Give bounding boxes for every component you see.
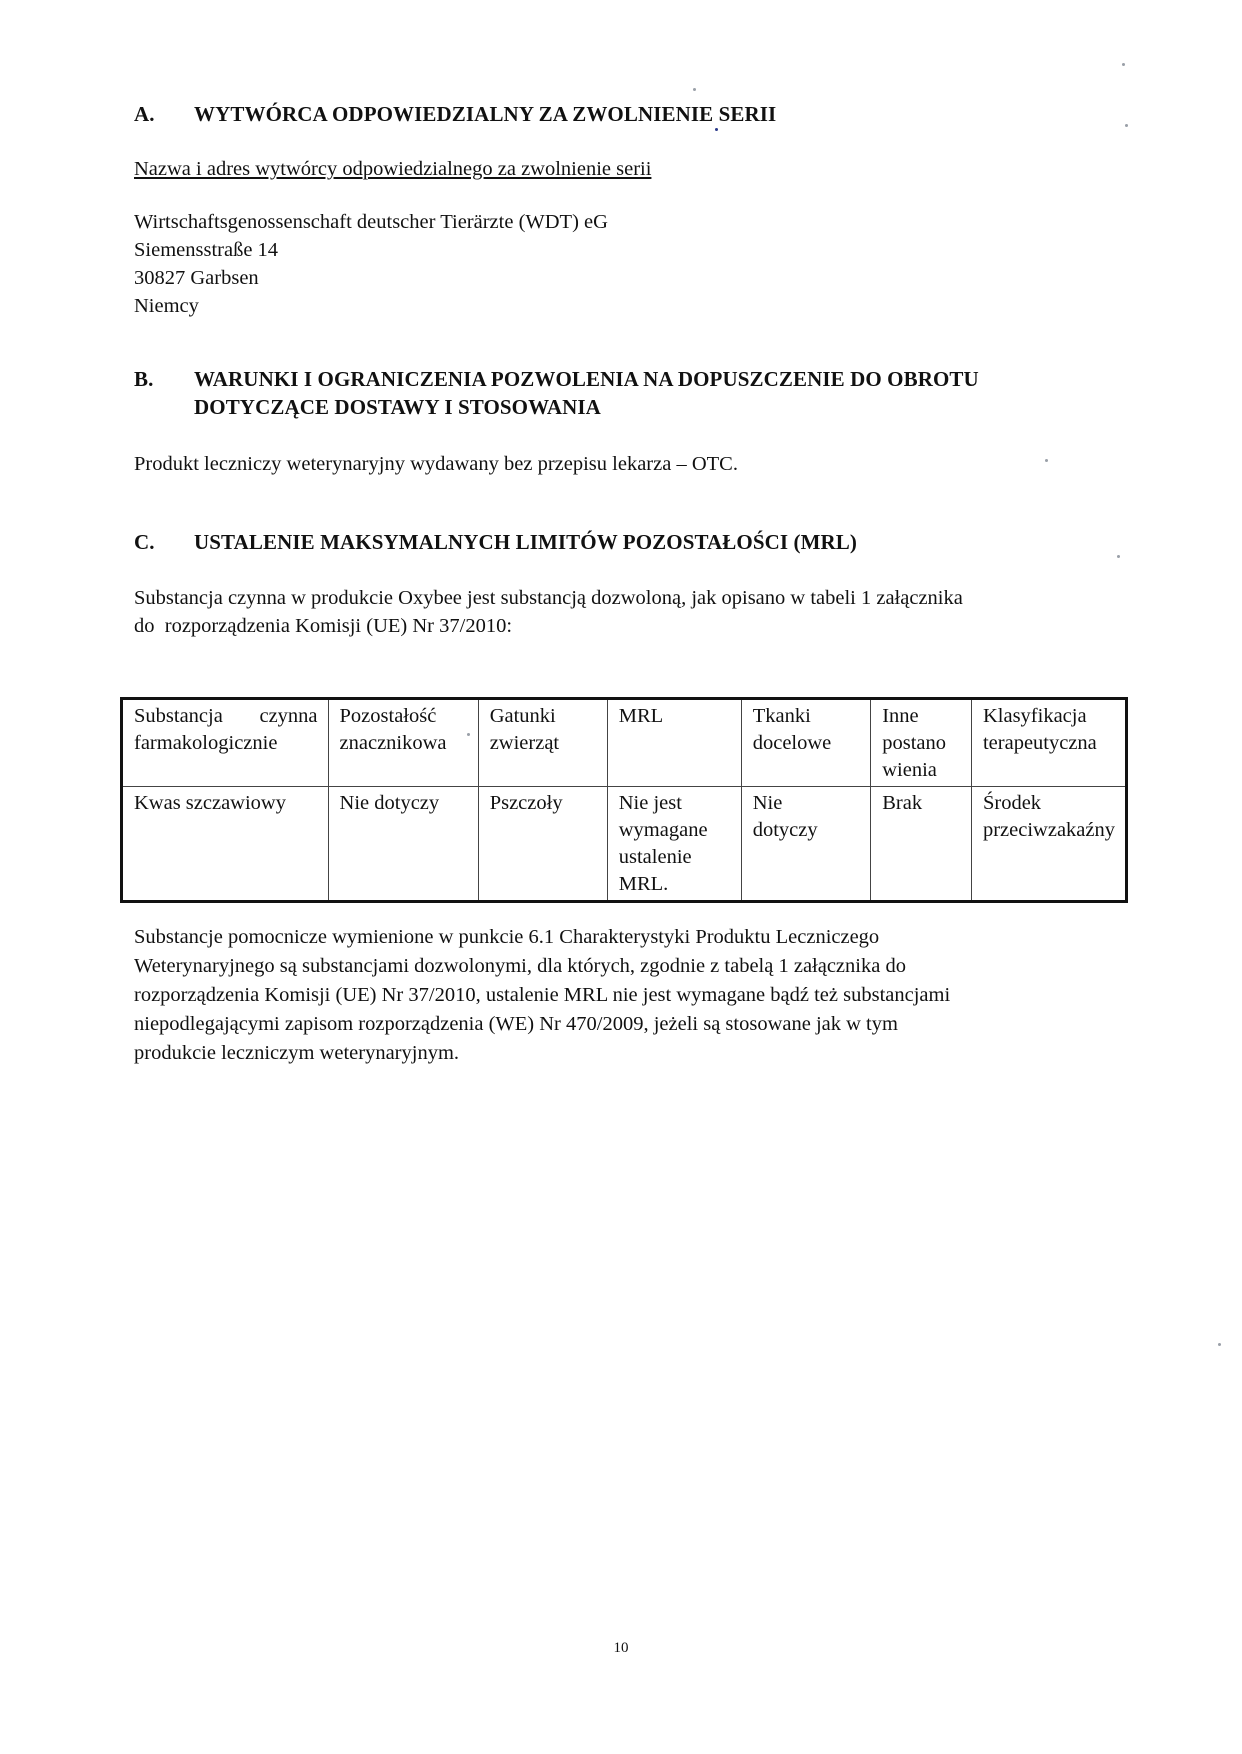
scan-speck [1125,124,1128,127]
address-line: 30827 Garbsen [134,264,608,292]
section-b-heading: B. WARUNKI I OGRANICZENIA POZWOLENIA NA … [134,365,979,421]
scan-speck [467,733,470,736]
cell-line: Substancja czynna [134,703,318,730]
note-line: rozporządzenia Komisji (UE) Nr 37/2010, … [134,981,1134,1010]
cell-marker-residue: Nie dotyczy [328,787,478,902]
cell-line: terapeutyczna [983,730,1115,757]
scan-speck [1218,1343,1221,1346]
note-line: produkcie leczniczym weterynaryjnym. [134,1039,1134,1068]
header-cell-mrl: MRL [607,699,741,787]
cell-line: Klasyfikacja [983,703,1115,730]
header-cell-substance: Substancja czynna farmakologicznie [122,699,329,787]
cell-line: postano [882,730,961,757]
cell-line: Kwas szczawiowy [134,790,318,817]
cell-line: Środek [983,790,1115,817]
page-number: 10 [0,1640,1242,1657]
header-cell-species: Gatunki zwierząt [478,699,607,787]
cell-line: dotyczy [753,817,861,844]
header-cell-other-provisions: Inne postano wienia [871,699,972,787]
cell-line: Pszczoły [490,790,597,817]
address-line: Wirtschaftsgenossenschaft deutscher Tier… [134,208,608,236]
note-line: Weterynaryjnego są substancjami dozwolon… [134,952,1134,981]
cell-line: farmakologicznie [134,730,318,757]
cell-line: Brak [882,790,961,817]
section-a-title: WYTWÓRCA ODPOWIEDZIALNY ZA ZWOLNIENIE SE… [194,100,776,128]
section-b-title: WARUNKI I OGRANICZENIA POZWOLENIA NA DOP… [194,365,979,421]
scan-speck [1117,555,1120,558]
cell-substance: Kwas szczawiowy [122,787,329,902]
manufacturer-address: Wirtschaftsgenossenschaft deutscher Tier… [134,208,608,320]
section-b-number: B. [134,365,194,393]
cell-line: ustalenie [619,844,731,871]
scan-speck [715,128,718,131]
cell-line: przeciwzakaźny [983,817,1115,844]
table-row: Kwas szczawiowy Nie dotyczy Pszczoły Nie… [122,787,1127,902]
intro-line: do rozporządzenia Komisji (UE) Nr 37/201… [134,612,1114,640]
section-c-number: C. [134,528,194,556]
header-cell-target-tissues: Tkanki docelowe [741,699,871,787]
header-cell-marker-residue: Pozostałość znacznikowa [328,699,478,787]
mrl-table: Substancja czynna farmakologicznie Pozos… [120,697,1128,903]
address-line: Siemensstraße 14 [134,236,608,264]
cell-line: docelowe [753,730,861,757]
cell-line: Nie jest [619,790,731,817]
excipients-note: Substancje pomocnicze wymienione w punkc… [134,923,1134,1068]
scan-speck [1122,63,1125,66]
cell-line: MRL [619,703,731,730]
section-a-subtitle: Nazwa i adres wytwórcy odpowiedzialnego … [134,155,651,183]
cell-species: Pszczoły [478,787,607,902]
document-page: A.WYTWÓRCA ODPOWIEDZIALNY ZA ZWOLNIENIE … [0,0,1242,1754]
intro-line: Substancja czynna w produkcie Oxybee jes… [134,584,1114,612]
cell-line: wymagane [619,817,731,844]
cell-line: wienia [882,757,961,784]
cell-line: znacznikowa [340,730,468,757]
scan-speck [693,88,696,91]
section-b-text: Produkt leczniczy weterynaryjny wydawany… [134,450,738,478]
address-line: Niemcy [134,292,608,320]
cell-line: Gatunki [490,703,597,730]
section-c-title: USTALENIE MAKSYMALNYCH LIMITÓW POZOSTAŁO… [194,528,857,556]
cell-mrl: Nie jest wymagane ustalenie MRL. [607,787,741,902]
cell-line: Nie [753,790,861,817]
section-a-heading: A.WYTWÓRCA ODPOWIEDZIALNY ZA ZWOLNIENIE … [134,100,776,128]
note-line: niepodlegającymi zapisom rozporządzenia … [134,1010,1134,1039]
cell-line: Nie dotyczy [340,790,468,817]
cell-target-tissues: Nie dotyczy [741,787,871,902]
cell-line: MRL. [619,871,731,898]
section-b-title-line: WARUNKI I OGRANICZENIA POZWOLENIA NA DOP… [194,365,979,393]
note-line: Substancje pomocnicze wymienione w punkc… [134,923,1134,952]
table-header-row: Substancja czynna farmakologicznie Pozos… [122,699,1127,787]
section-c-intro: Substancja czynna w produkcie Oxybee jes… [134,584,1114,640]
cell-other-provisions: Brak [871,787,972,902]
cell-line: Pozostałość [340,703,468,730]
section-c-heading: C.USTALENIE MAKSYMALNYCH LIMITÓW POZOSTA… [134,528,857,556]
cell-therapeutic-classification: Środek przeciwzakaźny [971,787,1126,902]
section-a-number: A. [134,100,194,128]
cell-line: zwierząt [490,730,597,757]
section-b-title-line: DOTYCZĄCE DOSTAWY I STOSOWANIA [194,393,979,421]
header-cell-therapeutic-classification: Klasyfikacja terapeutyczna [971,699,1126,787]
scan-speck [1045,459,1048,462]
cell-line: Tkanki [753,703,861,730]
cell-line: Inne [882,703,961,730]
